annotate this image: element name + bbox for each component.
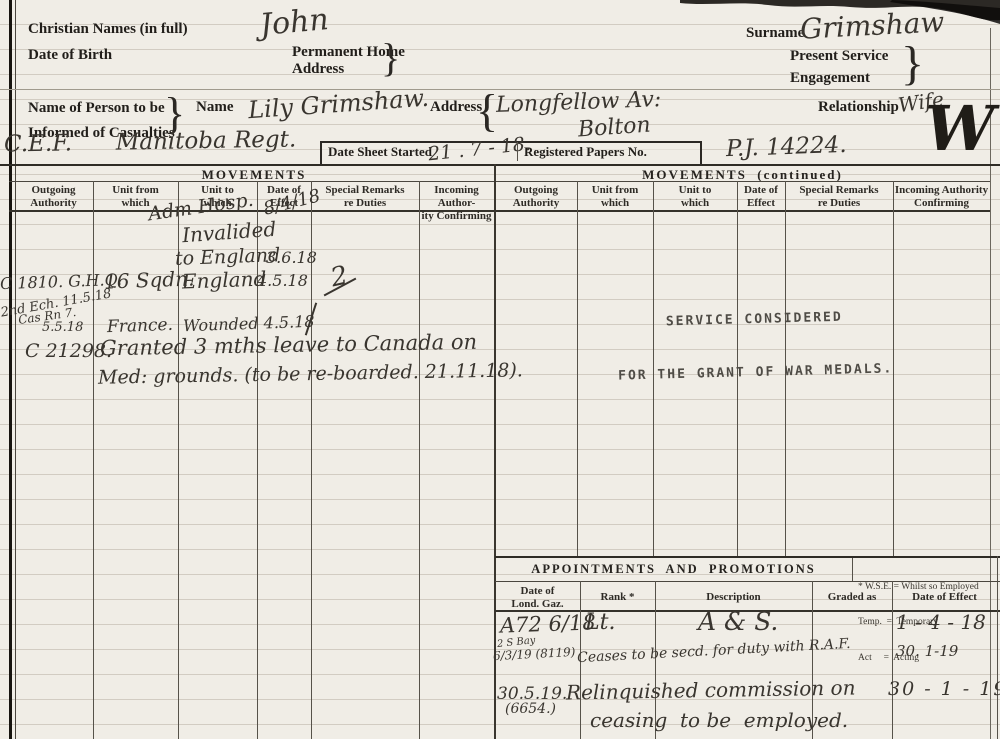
engagement-label: Engagement bbox=[790, 70, 870, 87]
appt-r2-desc: Ceases to be secd. for duty with R.A.F. bbox=[577, 637, 851, 665]
entry-leave-line-2: Med: grounds. (to be re-boarded. 21.11.1… bbox=[98, 361, 523, 387]
movements-top-line bbox=[0, 164, 1000, 166]
address-line-2: Bolton bbox=[577, 114, 651, 141]
left-header-outgoing: Outgoing Authority bbox=[14, 184, 93, 210]
right-col-line-1 bbox=[577, 181, 578, 556]
appt-r2-gazette: 6/3/19 (8119) bbox=[493, 646, 576, 662]
page-left-rule-inner bbox=[15, 0, 16, 739]
war-medals-stamp-line-2: FOR THE GRANT OF WAR MEDALS. bbox=[606, 360, 906, 385]
name-label: Name bbox=[196, 99, 234, 116]
entry-invalided: Invalided bbox=[181, 219, 276, 246]
address-label: Address bbox=[430, 99, 482, 116]
appt-header-desc: Description bbox=[655, 591, 812, 604]
entry-unit-to-1: England bbox=[182, 269, 267, 292]
appointments-title-underline bbox=[495, 581, 1000, 582]
appt-right-edge bbox=[997, 556, 998, 739]
relationship-label: Relationship bbox=[818, 99, 899, 116]
war-medals-stamp-line-1: SERVICE CONSIDERED bbox=[604, 307, 904, 332]
right-header-unit-to: Unit to which bbox=[653, 184, 737, 210]
entry-unit-to-2: Wounded 4.5.18 bbox=[183, 314, 315, 335]
right-header-unit-from: Unit from which bbox=[577, 184, 653, 210]
service-record-sheet: Christian Names (in full) John Date of B… bbox=[0, 0, 1000, 739]
appt-header-gaz: Date of Lond. Gaz. bbox=[495, 585, 580, 611]
left-header-remarks: Special Remarks re Duties bbox=[311, 184, 419, 210]
page-left-rule-outer bbox=[9, 0, 12, 739]
date-of-birth-label: Date of Birth bbox=[28, 47, 112, 64]
christian-names-label: Christian Names (in full) bbox=[28, 21, 188, 38]
left-col-line-5 bbox=[419, 181, 420, 739]
appt-r1-gazette: A72 6/18 bbox=[500, 612, 596, 636]
appointments-title: APPOINTMENTS AND PROMOTIONS bbox=[495, 562, 852, 577]
appt-col-line-4 bbox=[892, 581, 893, 739]
appt-header-rank: Rank * bbox=[580, 591, 655, 604]
appt-r3-ref: (6654.) bbox=[505, 702, 556, 716]
right-header-outgoing: Outgoing Authority bbox=[495, 184, 577, 210]
christian-names-value: John bbox=[259, 5, 330, 41]
entry-to-england: to England bbox=[175, 246, 281, 269]
war-medals-stamp: SERVICE CONSIDERED FOR THE GRANT OF WAR … bbox=[603, 272, 907, 420]
entry-unit-from-2: France. bbox=[107, 317, 174, 336]
header-divider-line bbox=[0, 89, 1000, 90]
appt-r1-desc: A & S. bbox=[698, 609, 778, 634]
appointments-title-box-divider bbox=[852, 558, 853, 581]
relationship-monogram: W bbox=[925, 98, 995, 160]
appt-r2-date: 30. 1-19 bbox=[896, 644, 958, 659]
present-service-label: Present Service bbox=[790, 48, 888, 65]
right-header-incoming: Incoming Authority Confirming bbox=[893, 184, 990, 210]
entry-to-england-date: 3.6.18 bbox=[266, 250, 317, 266]
entry-cas-date: 5.5.18 bbox=[42, 321, 83, 334]
left-header-incoming: Incoming Author- ity Confirming bbox=[419, 184, 494, 224]
entry-leave-line-1: Granted 3 mths leave to Canada on bbox=[100, 332, 477, 360]
service-engagement-brace: } bbox=[901, 40, 924, 88]
registered-papers-value: P.J. 14224. bbox=[726, 134, 847, 161]
movements-title-underline bbox=[9, 181, 990, 182]
appt-header-date: Date of Effect bbox=[892, 591, 997, 604]
entry-date-1: 4.5.18 bbox=[257, 273, 308, 289]
appt-r1-rank: Lt. bbox=[585, 612, 615, 634]
date-sheet-label: Date Sheet Started bbox=[328, 145, 432, 160]
appt-r3-desc-1: Relinquished commission on bbox=[566, 677, 856, 702]
appt-r3-date: 30 - 1 - 19. bbox=[888, 680, 1000, 699]
right-header-remarks: Special Remarks re Duties bbox=[785, 184, 893, 210]
date-sheet-box-divider bbox=[517, 142, 518, 161]
surname-label: Surname bbox=[746, 25, 804, 42]
permanent-home-brace: } bbox=[381, 38, 400, 78]
cef-unit-value: C.E.F. Manitoba Regt. bbox=[4, 128, 297, 156]
appt-header-graded: Graded as bbox=[812, 591, 892, 604]
left-col-line-1 bbox=[93, 181, 94, 739]
registered-papers-label: Registered Papers No. bbox=[524, 145, 647, 160]
right-header-date: Date of Effect bbox=[737, 184, 785, 210]
appt-r1-date: 1 - 4 - 18 bbox=[896, 612, 986, 632]
appt-r3-desc-2: ceasing to be employed. bbox=[590, 710, 848, 730]
name-value: Lily Grimshaw. bbox=[247, 86, 429, 123]
